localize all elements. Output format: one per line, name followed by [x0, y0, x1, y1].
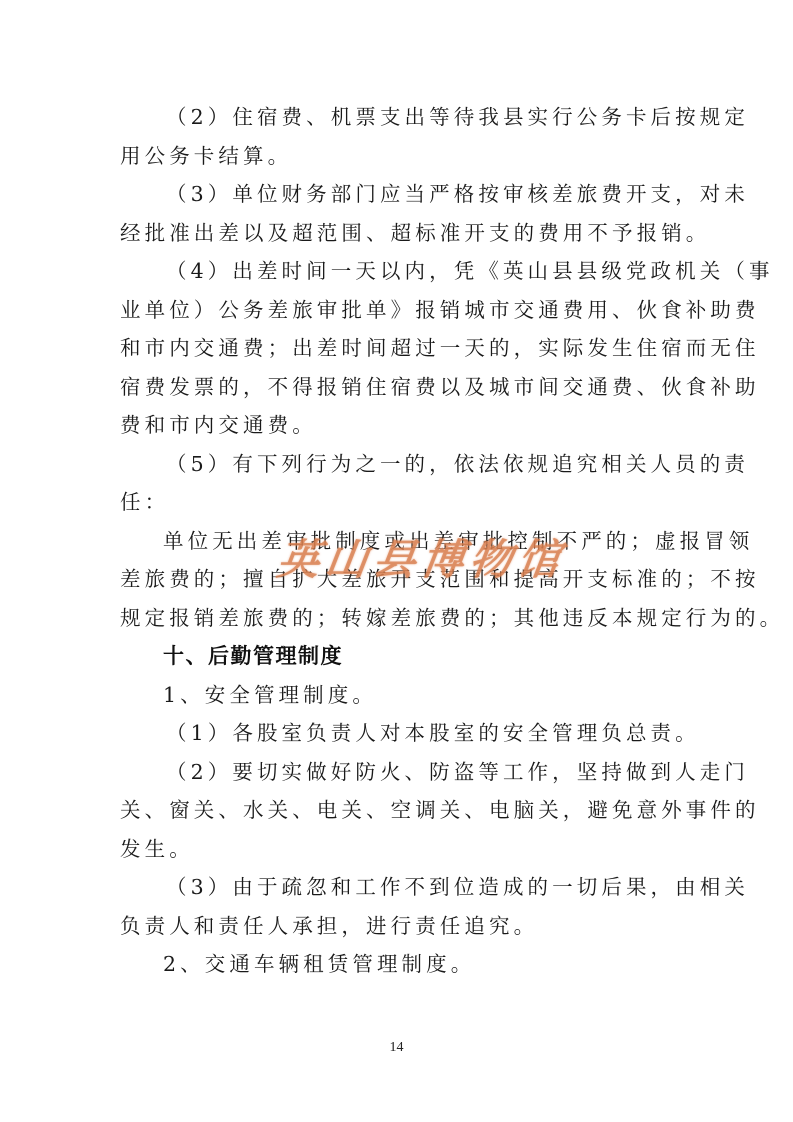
paragraph-line: 关、窗关、水关、电关、空调关、电脑关，避免意外事件的: [120, 791, 668, 830]
subsection-title: 1、安全管理制度。: [120, 676, 668, 715]
paragraph-line: 规定报销差旅费的；转嫁差旅费的；其他违反本规定行为的。: [120, 599, 668, 638]
paragraph-line: （3）由于疏忽和工作不到位造成的一切后果，由相关: [120, 868, 668, 907]
paragraph-line: 任：: [120, 483, 668, 522]
paragraph-line: （2）要切实做好防火、防盗等工作，坚持做到人走门: [120, 753, 668, 792]
subsection-title: 2、交通车辆租赁管理制度。: [120, 945, 668, 984]
paragraph-line: 业单位）公务差旅审批单》报销城市交通费用、伙食补助费: [120, 291, 668, 330]
paragraph-line: （5）有下列行为之一的，依法依规追究相关人员的责: [120, 445, 668, 484]
paragraph-line: （3）单位财务部门应当严格按审核差旅费开支，对未: [120, 175, 668, 214]
paragraph-line: 经批准出差以及超范围、超标准开支的费用不予报销。: [120, 214, 668, 253]
paragraph-line: 费和市内交通费。: [120, 406, 668, 445]
paragraph-line: 差旅费的；擅自扩大差旅开支范围和提高开支标准的；不按: [120, 560, 668, 599]
paragraph-line: 单位无出差审批制度或出差审批控制不严的；虚报冒领: [120, 522, 668, 561]
document-page: （2）住宿费、机票支出等待我县实行公务卡后按规定 用公务卡结算。 （3）单位财务…: [0, 0, 793, 1122]
page-number: 14: [0, 1040, 793, 1056]
paragraph-line: 和市内交通费；出差时间超过一天的，实际发生住宿而无住: [120, 329, 668, 368]
document-body: （2）住宿费、机票支出等待我县实行公务卡后按规定 用公务卡结算。 （3）单位财务…: [120, 98, 668, 984]
paragraph-line: 负责人和责任人承担，进行责任追究。: [120, 907, 668, 946]
paragraph-line: 用公务卡结算。: [120, 137, 668, 176]
paragraph-line: （4）出差时间一天以内，凭《英山县县级党政机关（事: [120, 252, 668, 291]
paragraph-line: （2）住宿费、机票支出等待我县实行公务卡后按规定: [120, 98, 668, 137]
paragraph-line: 宿费发票的，不得报销住宿费以及城市间交通费、伙食补助: [120, 368, 668, 407]
paragraph-line: 发生。: [120, 830, 668, 869]
paragraph-line: （1）各股室负责人对本股室的安全管理负总责。: [120, 714, 668, 753]
section-heading: 十、后勤管理制度: [120, 637, 668, 676]
